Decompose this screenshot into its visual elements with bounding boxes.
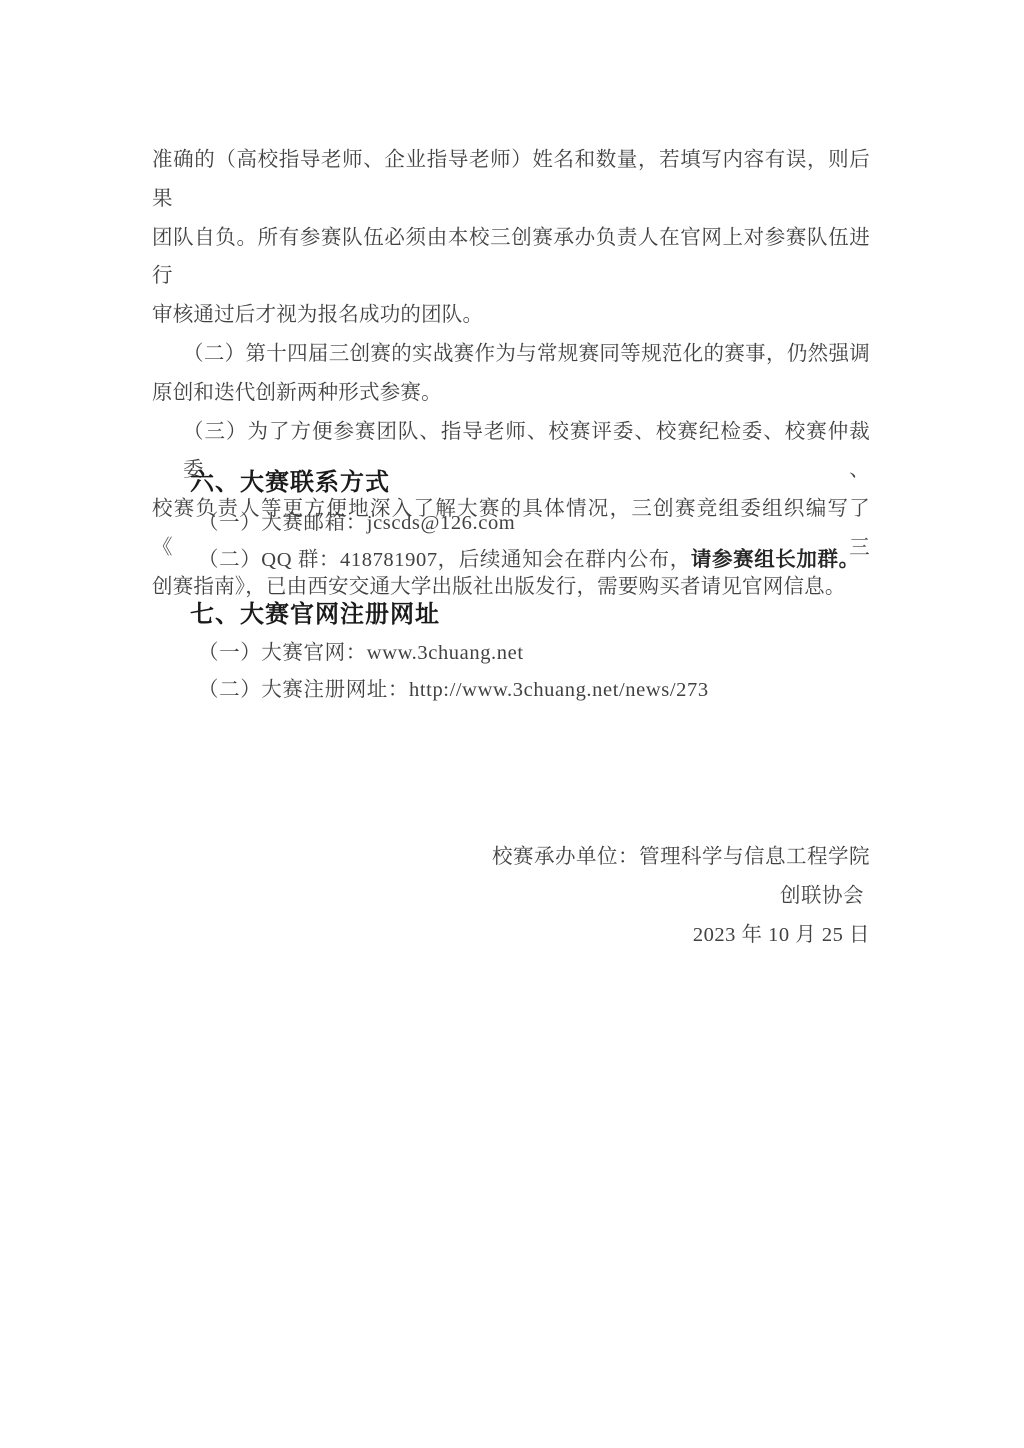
website-item-official: （一）大赛官网：www.3chuang.net <box>198 643 524 664</box>
website-item-registration: （二）大赛注册网址：http://www.3chuang.net/news/27… <box>198 680 709 701</box>
contact-item-qq-bold: 请参赛组长加群。 <box>691 549 860 571</box>
body-text: 准确的（高校指导老师、企业指导老师）姓名和数量，若填写内容有误，则后果 团队自负… <box>152 141 870 607</box>
contact-item-qq: （二）QQ 群：418781907，后续通知会在群内公布，请参赛组长加群。 <box>198 550 860 571</box>
contact-item-email-text: （一）大赛邮箱：jcscds@126.com <box>198 512 515 534</box>
signature-association: 创联协会 <box>152 877 870 916</box>
signature-block: 校赛承办单位：管理科学与信息工程学院 创联协会 2023 年 10 月 25 日 <box>152 838 870 954</box>
body-line: 审核通过后才视为报名成功的团队。 <box>152 296 870 335</box>
signature-organizer: 校赛承办单位：管理科学与信息工程学院 <box>152 838 870 877</box>
body-line: 团队自负。所有参赛队伍必须由本校三创赛承办负责人在官网上对参赛队伍进行 <box>152 219 870 297</box>
section-heading-contact: 六、大赛联系方式 <box>190 462 390 497</box>
contact-item-email: （一）大赛邮箱：jcscds@126.com <box>198 513 515 534</box>
body-line: 准确的（高校指导老师、企业指导老师）姓名和数量，若填写内容有误，则后果 <box>152 141 870 219</box>
body-line: 原创和迭代创新两种形式参赛。 <box>152 374 870 413</box>
signature-date: 2023 年 10 月 25 日 <box>152 916 870 955</box>
section-heading-website: 七、大赛官网注册网址 <box>190 594 440 629</box>
contact-item-qq-text: （二）QQ 群：418781907，后续通知会在群内公布， <box>198 549 691 571</box>
document-page: 准确的（高校指导老师、企业指导老师）姓名和数量，若填写内容有误，则后果 团队自负… <box>0 0 1024 1448</box>
body-line: （二）第十四届三创赛的实战赛作为与常规赛同等规范化的赛事，仍然强调 <box>152 335 870 374</box>
